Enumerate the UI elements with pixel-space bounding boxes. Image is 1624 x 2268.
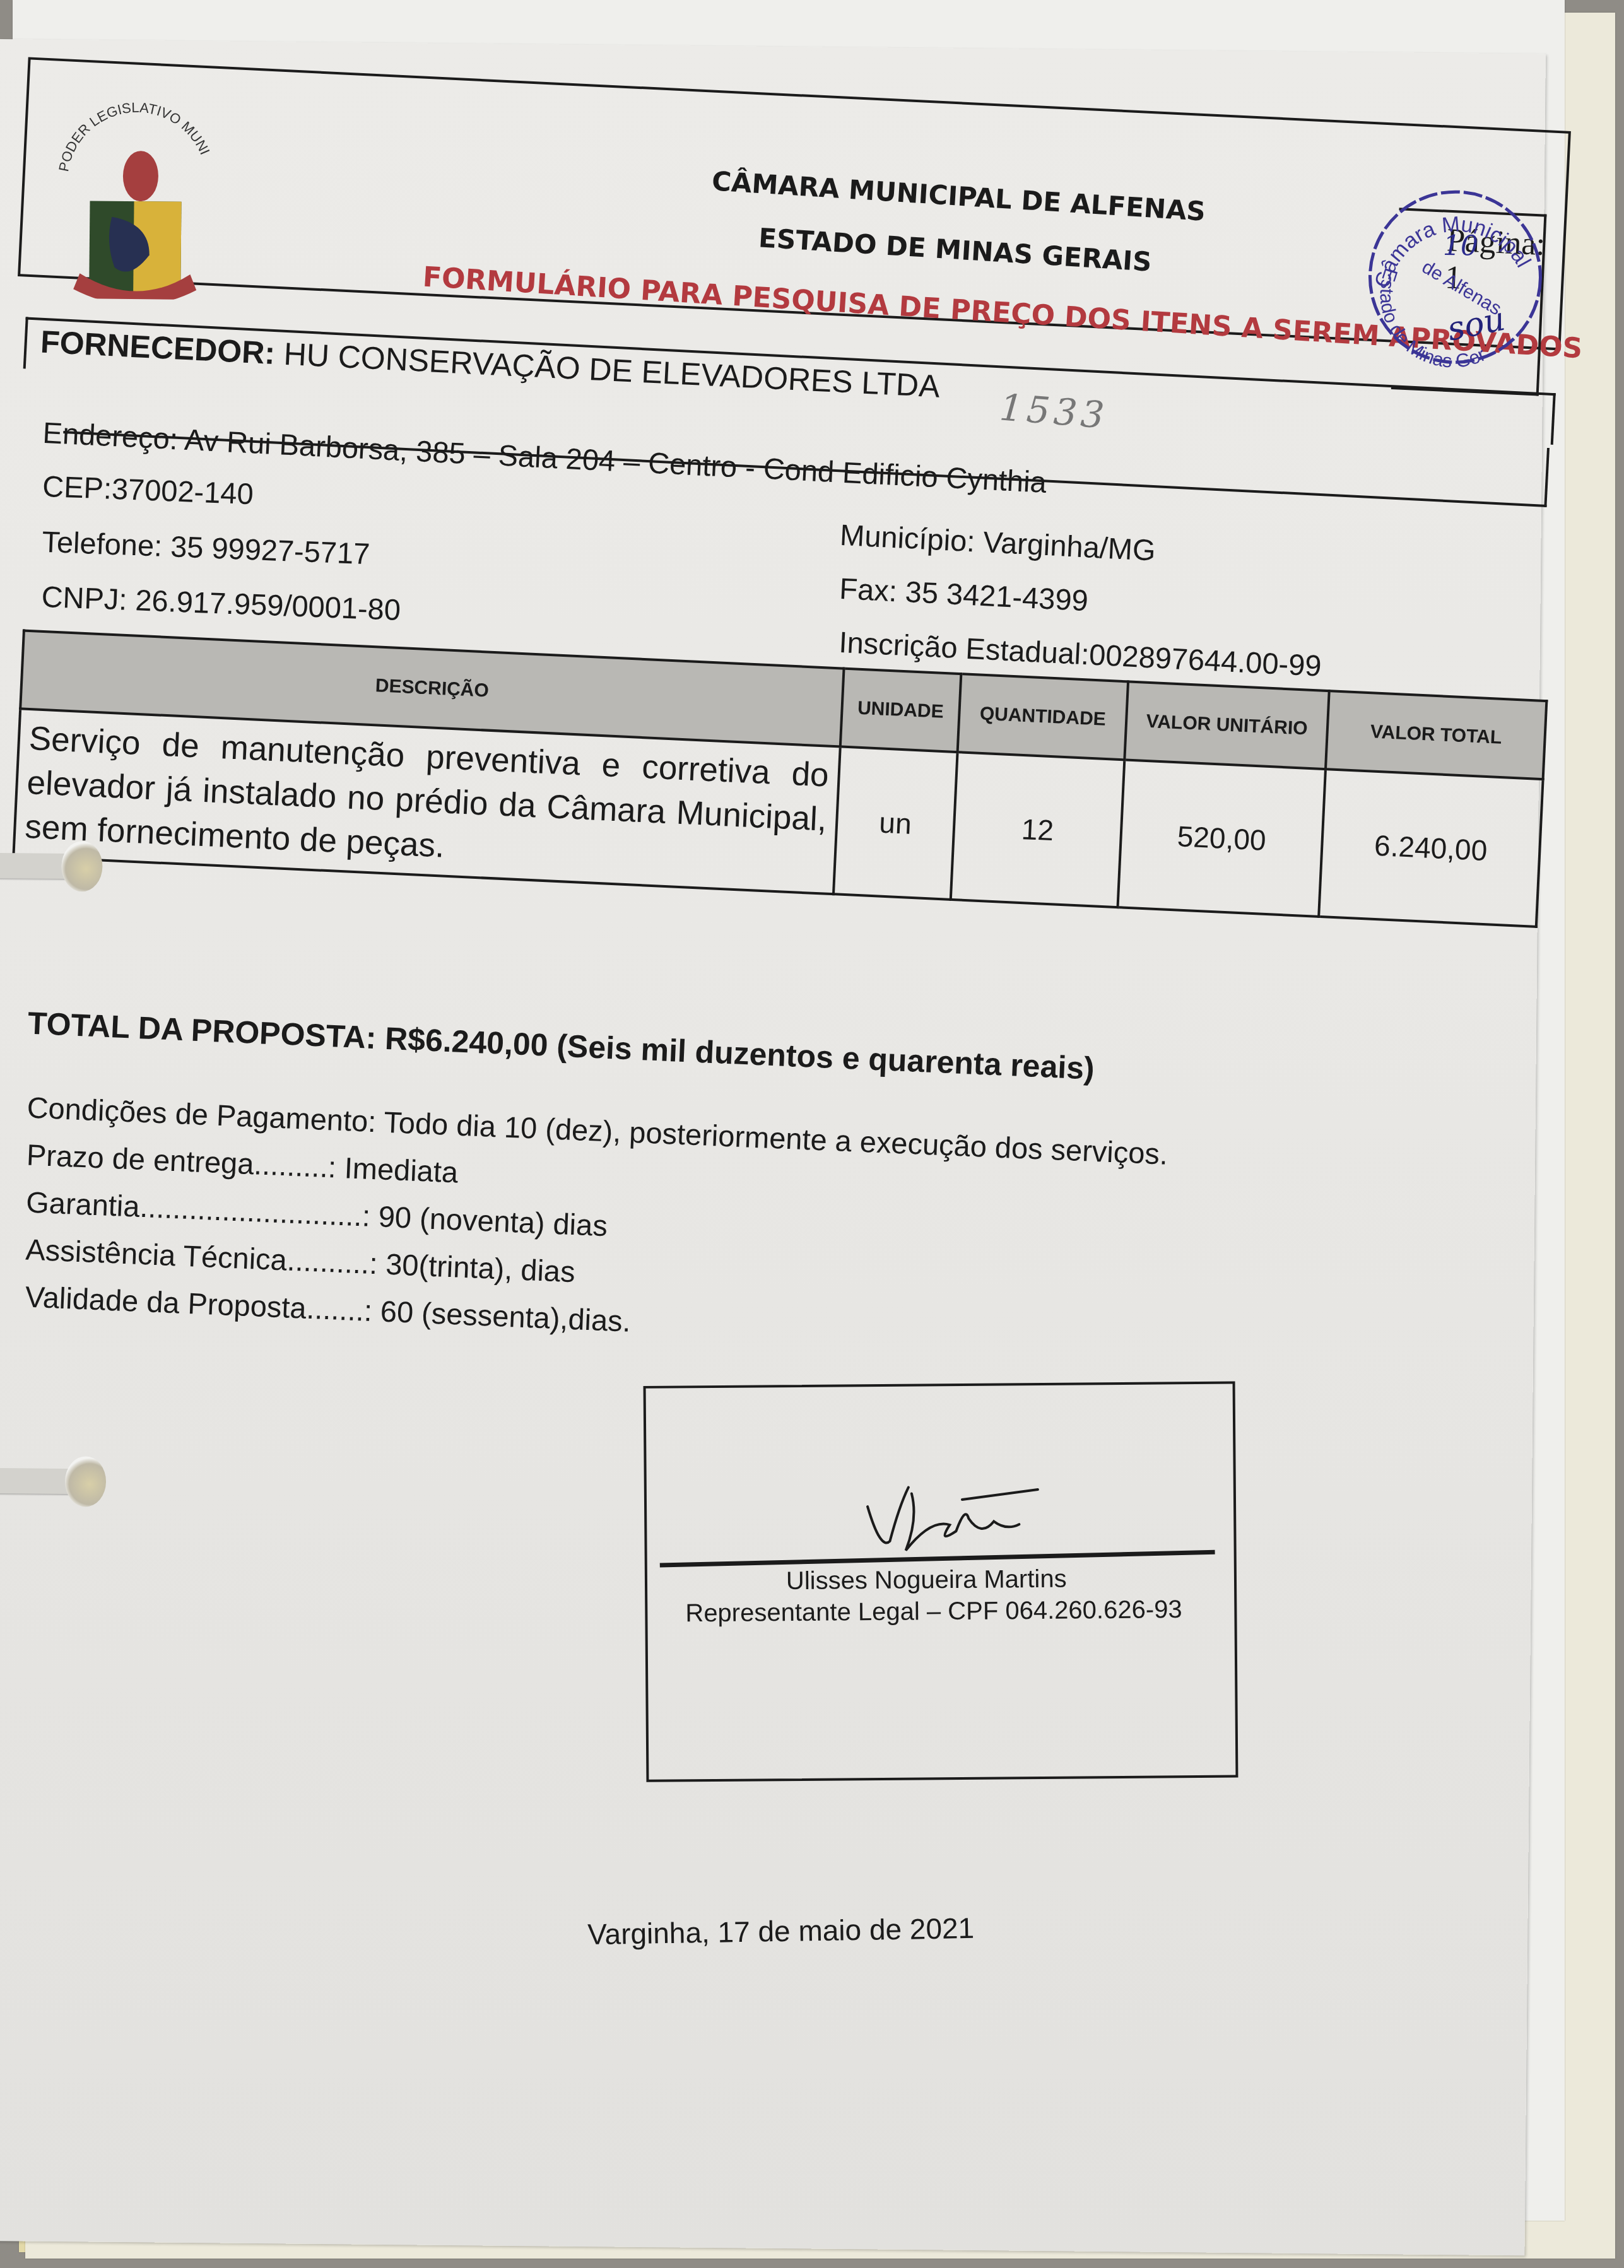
- column-header-total: VALOR TOTAL: [1326, 691, 1547, 779]
- item-unit-price: 520,00: [1118, 760, 1326, 916]
- item-total: 6.240,00: [1319, 769, 1543, 927]
- supplier-municipality: Município: Varginha/MG: [839, 517, 1156, 568]
- proposal-validity: Validade da Proposta.......: 60 (sessent…: [25, 1279, 632, 1338]
- item-quantity: 12: [951, 752, 1125, 907]
- binder-hole: [61, 841, 103, 892]
- column-header-unit: UNIDADE: [840, 669, 961, 752]
- supplier-fax: Fax: 35 3421-4399: [838, 571, 1089, 618]
- delivery-term: Prazo de entrega.........: Imediata: [26, 1137, 459, 1189]
- supplier-phone: Telefone: 35 99927-5717: [42, 524, 371, 571]
- technical-assistance: Assistência Técnica..........: 30(trinta…: [25, 1231, 576, 1289]
- column-header-unit-price: VALOR UNITÁRIO: [1125, 681, 1329, 769]
- svg-text:sou: sou: [1444, 300, 1509, 349]
- item-unit: un: [833, 746, 957, 899]
- handwritten-signature: [855, 1480, 1045, 1557]
- binder-hole: [65, 1456, 107, 1507]
- handwritten-note: 1533: [998, 385, 1109, 437]
- official-stamp: Câmara Municipal Estado de Minas Gerais …: [1360, 179, 1551, 376]
- binder-strap: [0, 853, 68, 879]
- column-header-quantity: QUANTIDADE: [957, 674, 1128, 760]
- supplier-cep: CEP:37002-140: [42, 469, 254, 512]
- warranty: Garantia...........................: 90 …: [25, 1184, 608, 1243]
- signature-box: Ulisses Nogueira Martins Representante L…: [644, 1382, 1239, 1782]
- signatory-name: Ulisses Nogueira Martins: [786, 1565, 1067, 1595]
- signatory-role: Representante Legal – CPF 064.260.626-93: [685, 1595, 1182, 1628]
- coat-of-arms-logo: PODER LEGISLATIVO MUNICIPAL: [54, 90, 214, 300]
- total-label: TOTAL DA PROPOSTA:: [27, 1006, 377, 1056]
- supplier-cnpj: CNPJ: 26.917.959/0001-80: [41, 579, 401, 627]
- total-value: R$6.240,00 (Seis mil duzentos e quarenta…: [384, 1021, 1095, 1086]
- svg-text:10: 10: [1443, 230, 1478, 262]
- proposal-total: TOTAL DA PROPOSTA: R$6.240,00 (Seis mil …: [27, 1005, 1095, 1087]
- place-and-date: Varginha, 17 de maio de 2021: [587, 1911, 975, 1951]
- document-page: PODER LEGISLATIVO MUNICIPAL CÂMARA MUNIC…: [0, 39, 1546, 2255]
